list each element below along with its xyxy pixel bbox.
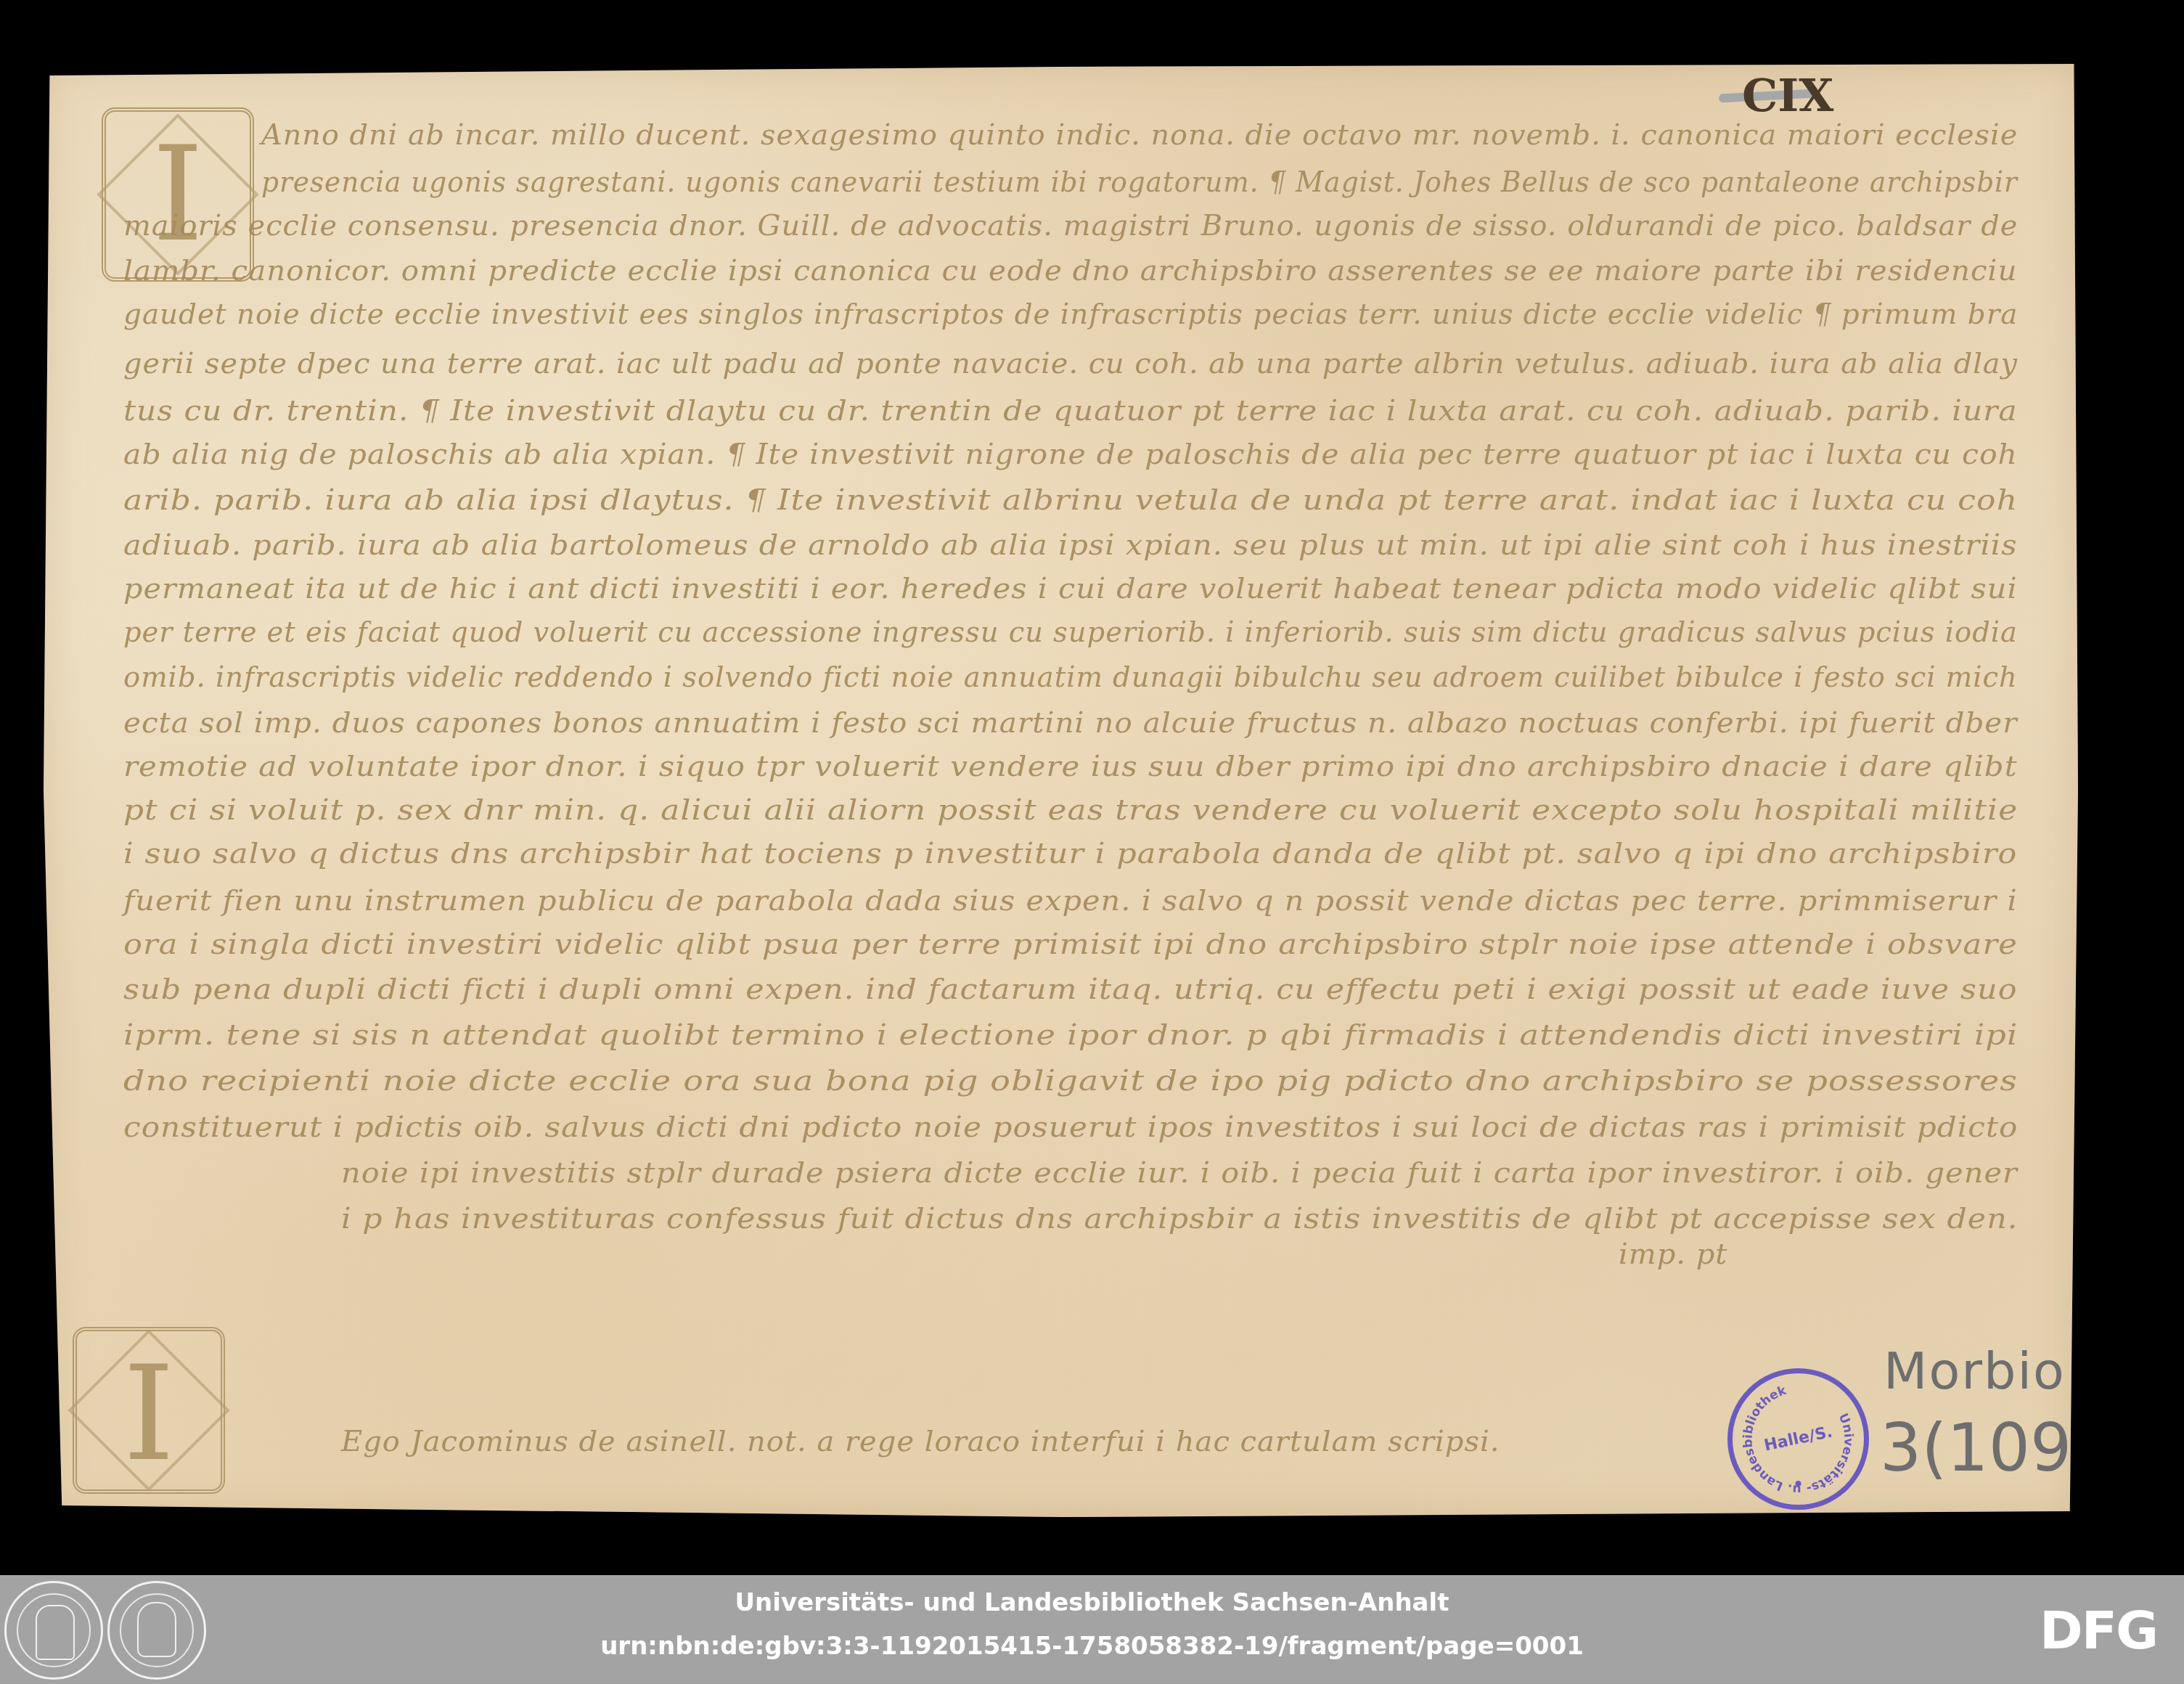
dfg-logo-icon: DFG bbox=[2040, 1604, 2157, 1656]
manuscript-line: arib. parib. iura ab alia ipsi dlaytus. … bbox=[123, 483, 2018, 517]
manuscript-line: gaudet noie dicte ecclie investivit ees … bbox=[123, 298, 2018, 331]
manuscript-line: iprm. tene si sis n attendat quolibt ter… bbox=[123, 1018, 2018, 1052]
manuscript-line: maioris ecclie consensu. presencia dnor.… bbox=[123, 209, 2018, 242]
manuscript-line: pt ci si voluit p. sex dnr min. q. alicu… bbox=[123, 793, 2018, 827]
manuscript-line: constituerut i pdictis oib. salvus dicti… bbox=[123, 1111, 2018, 1144]
manuscript-line: Anno dni ab incar. millo ducent. sexages… bbox=[261, 118, 2018, 152]
footer-banner: Universitäts- und Landesbibliothek Sachs… bbox=[0, 1575, 2184, 1684]
manuscript-line: dno recipienti noie dicte ecclie ora sua… bbox=[123, 1064, 2018, 1098]
urn-link[interactable]: urn:nbn:de:gbv:3:3-1192015415-1758058382… bbox=[0, 1632, 2184, 1661]
manuscript-line: permaneat ita ut de hic i ant dicti inve… bbox=[123, 572, 2018, 605]
manuscript-line: adiuab. parib. iura ab alia bartolomeus … bbox=[123, 528, 2017, 562]
institution-name: Universitäts- und Landesbibliothek Sachs… bbox=[0, 1588, 2184, 1617]
decorated-initial-bottom-icon: I bbox=[73, 1327, 225, 1494]
manuscript-line: sub pena dupli dicti ficti i dupli omni … bbox=[123, 973, 2018, 1006]
manuscript-line: per terre et eis faciat quod voluerit cu… bbox=[123, 616, 2018, 649]
pencil-shelfmark-number: 3(109) bbox=[1880, 1410, 2097, 1487]
manuscript-line: i p has investituras confessus fuit dict… bbox=[341, 1202, 2018, 1235]
manuscript-line: remotie ad voluntate ipor dnor. i siquo … bbox=[123, 750, 2018, 783]
notarial-subscription: Ego Jacominus de asinell. not. a rege lo… bbox=[341, 1425, 1500, 1458]
manuscript-line: ab alia nig de paloschis ab alia xpian. … bbox=[123, 438, 2018, 471]
document-viewer: I CIX Anno dni ab incar. millo ducent. s… bbox=[0, 0, 2184, 1575]
library-stamp-icon: Universitäts- u. Landesbibliothek Halle/… bbox=[1727, 1368, 1869, 1510]
parchment-charter: I CIX Anno dni ab incar. millo ducent. s… bbox=[44, 64, 2078, 1517]
manuscript-line: noie ipi investitis stplr durade psiera … bbox=[341, 1156, 2018, 1190]
manuscript-line: fuerit fien unu instrumen publicu de par… bbox=[123, 884, 2018, 917]
manuscript-line: tus cu dr. trentin. ¶ Ite investivit dla… bbox=[123, 394, 2018, 428]
manuscript-line: ora i singla dicti investiri videlic qli… bbox=[123, 928, 2018, 961]
manuscript-line: ecta sol imp. duos capones bonos annuati… bbox=[123, 706, 2018, 740]
manuscript-line: omib. infrascriptis videlic reddendo i s… bbox=[123, 661, 2018, 694]
manuscript-line: imp. pt bbox=[1619, 1238, 1727, 1271]
manuscript-line: lambr. canonicor. omni predicte ecclie i… bbox=[123, 254, 2018, 287]
manuscript-line: i suo salvo q dictus dns archipsbir hat … bbox=[123, 837, 2018, 870]
manuscript-line: gerii septe dpec una terre arat. iac ult… bbox=[123, 347, 2018, 380]
pencil-shelfmark-name: Morbio bbox=[1884, 1341, 2066, 1401]
old-shelfmark: CIX bbox=[1742, 69, 1833, 122]
manuscript-line: presencia ugonis sagrestani. ugonis cane… bbox=[261, 165, 2018, 199]
